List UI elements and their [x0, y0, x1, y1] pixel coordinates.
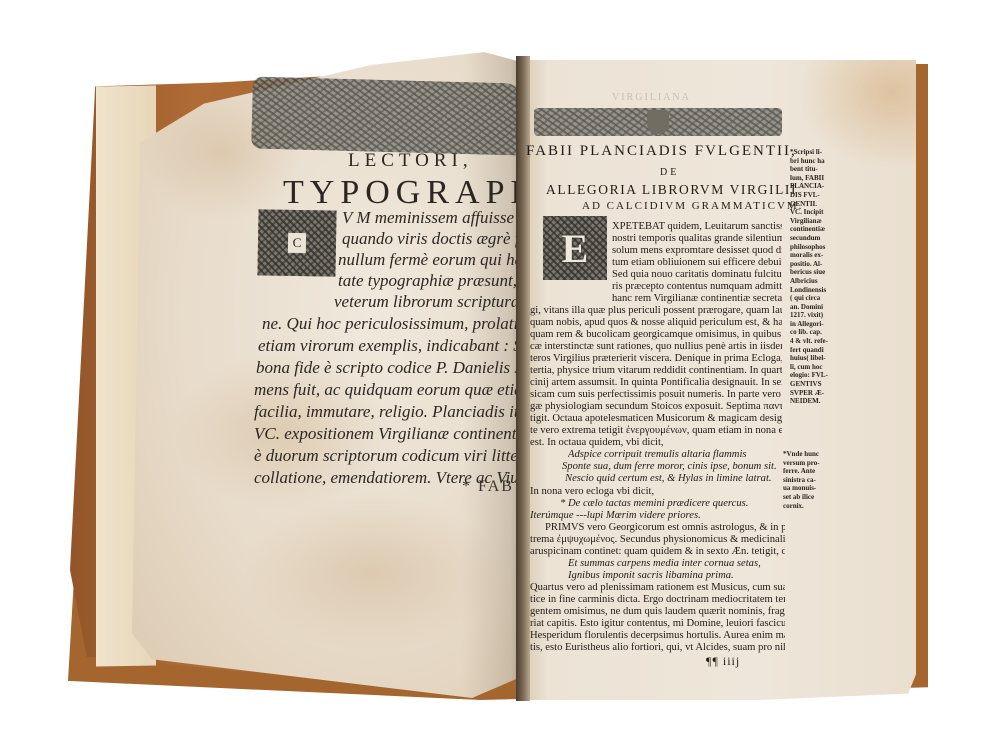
body-line: te vero extrema tetigit ἐνεργουμένων, qu… [530, 425, 782, 437]
book-photo: LECTORI, TYPOGRAPHV C V M meminissem aff… [0, 0, 1000, 748]
body-line: teros Virgilius præterierit viscera. Den… [530, 353, 782, 365]
body-line: quam rem & bucolicam georgicamque omisim… [530, 329, 782, 341]
left-text-line: veterum librorum scripturæ corre [334, 292, 522, 312]
verse-line: Nescio quid certum est, & Hylas in limin… [565, 473, 782, 485]
right-headpiece-ornament [534, 108, 782, 136]
body-line: cinij artem assumsit. In quinta Pontific… [530, 377, 782, 389]
body-line: tertia, physice trium vitarum reddidit c… [530, 365, 782, 377]
verse-line: Sponte sua, dum ferre moror, cinis ipse,… [562, 461, 782, 473]
verse-line: * De cælo tactas memini prædicere quercu… [560, 498, 782, 510]
body-line: sicam cum suis perfectissimis posuit num… [530, 389, 782, 401]
right-dropcap-letter: E [562, 225, 589, 272]
title-line-3: AD CALCIDIVM GRAMMATICVM. [582, 200, 803, 212]
body-line: XPETEBAT quidem, Leuitarum sanctissime, [612, 221, 782, 233]
left-text-line: facilia, immutare, religio. Planciadis i… [254, 402, 524, 422]
body-line: trema ἐμψυχωμένος. Secundus physionomicu… [530, 534, 785, 546]
urn-ornament-icon [647, 110, 669, 134]
body-line: tice in fine carminis dicta. Ergo doctri… [530, 594, 785, 606]
left-text-line: nullum fermè eorum qui hac nostra [338, 250, 522, 270]
title-line-1: FABII PLANCIADIS FVLGENTII, [526, 143, 797, 160]
body-line: Quartus vero ad plenissimam rationem est… [530, 582, 785, 594]
catchword: * FAB [462, 478, 514, 496]
verse-line: Ignibus imponit sacris libamina prima. [568, 570, 785, 582]
body-line: tis, esto Euristheus alio fortiori, qui,… [530, 642, 785, 654]
body-line: riat capitis. Esto igitur contentus, mi … [530, 618, 785, 630]
water-stain [242, 492, 502, 652]
left-text-line: VC. expositionem Virgilianæ continentiæ … [254, 424, 524, 444]
body-line: tum etiam obliuionem sui efficere debuit… [612, 257, 782, 269]
title-line-2: ALLEGORIA LIBRORVM VIRGILII [546, 182, 797, 198]
left-text-line: tate typographiæ præsunt, tempera [338, 271, 522, 291]
verse-line: Adspice corripuit tremulis altaria flamm… [568, 449, 782, 461]
body-line: hanc rem Virgilianæ continentiæ secreta … [612, 293, 782, 305]
margin-note-bottom: *Vnde hunc versum pro- ferre. Ante sinis… [783, 450, 843, 510]
margin-note-top: *Scripsi li- bri hunc ha bent titu- lum,… [790, 148, 850, 406]
body-line: gi, vitans illa quæ plus periculi possen… [530, 305, 782, 317]
body-line: solum mens expromtare desisset quod didi… [612, 245, 782, 257]
signature-mark: ¶¶ iiij [706, 654, 740, 669]
left-dropcap-letter: C [287, 233, 306, 253]
left-text-line: mens fuit, ac quidquam eorum quæ etiam e… [254, 380, 524, 400]
body-line: Sed quia nouo caritatis dominatu fulcitu… [612, 269, 782, 281]
body-line: nostri temporis qualitas grande silentiu… [612, 233, 782, 245]
body-line: gentem omisimus, ne dum quis laudem quær… [530, 606, 785, 618]
right-dropcap-ornament: E [543, 216, 607, 280]
verse-line: Iterúmque ---lupi Mœrim videre priores. [530, 510, 782, 522]
body-line: quam nobis, apud quos & nosse aliquid pe… [530, 317, 782, 329]
running-head-bleedthrough: VIRGILIANA [612, 92, 691, 103]
left-text-line: bona fide è scripto codice P. Danielis J… [256, 358, 524, 378]
left-text-line: ne. Qui hoc periculosissimum, prolatis s… [262, 314, 524, 334]
left-dropcap-ornament: C [257, 209, 336, 276]
title-de: DE [660, 167, 679, 178]
body-line: est. In octaua quidem, vbi dicit, [530, 437, 782, 449]
body-line: In nona vero ecloga vbi dicit, [530, 486, 782, 498]
body-line: gæ physiologiam secundum Stoicos exposui… [530, 401, 782, 413]
left-heading-small: LECTORI, [348, 150, 473, 172]
body-line: cæ interstinctæ sunt rationes, quo nulli… [530, 341, 782, 353]
body-line: tigit. Octaua apotelesmaticen Musicorum … [530, 413, 782, 425]
body-line: aruspicinam continet: quam quidem & in s… [530, 546, 785, 558]
body-line: ris præcepto contentus numquam admittitu… [612, 281, 782, 293]
left-text-line: quando viris doctis ægrè ferenti [342, 229, 522, 249]
left-text-line: V M meminissem affuisse me [342, 208, 522, 228]
body-line: PRIMVS vero Georgicorum est omnis astrol… [545, 522, 785, 534]
left-headpiece-ornament [251, 76, 523, 155]
left-text-line: è duorum scriptorum codicum viri littera… [254, 446, 524, 466]
verse-line: Et summas carpens media inter cornua set… [568, 558, 785, 570]
left-text-line: etiam virorum exemplis, indicabant : Ser… [258, 336, 524, 356]
body-line: Hesperidum florulentis decerpsimus hortu… [530, 630, 785, 642]
